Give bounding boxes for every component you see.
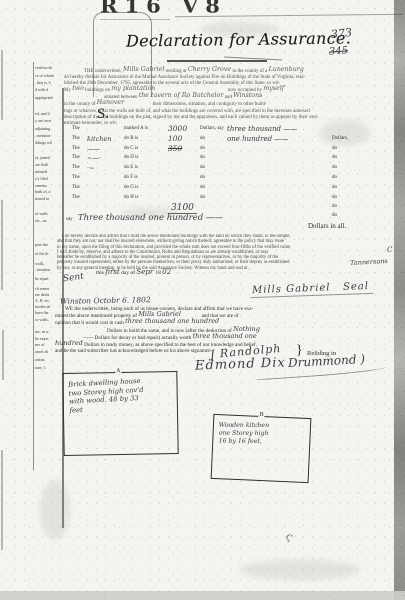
valuation-cell-the: The	[72, 175, 80, 180]
margin-fragment: adjoining	[35, 127, 62, 132]
valuation-cell-marked: do E is	[124, 165, 138, 170]
plat-box-a: A Brick dwelling housetwo Storey high co…	[62, 371, 178, 456]
margin-fragment: be equal	[35, 277, 62, 282]
paper-edge-left-mark	[1, 50, 3, 120]
paper-edge-left-mark	[2, 330, 4, 380]
stamp-mark: R16 V8	[100, 0, 227, 17]
county-field: Lunenburg	[269, 66, 304, 73]
valuation-cell-item: ~—·	[87, 154, 101, 162]
valuation-cell-right: do	[332, 146, 337, 151]
valuation-cell-say: do	[200, 175, 205, 180]
valuation-cell-say: do	[200, 165, 205, 170]
valuation-cell-value: 100	[168, 134, 182, 143]
margin-mark-c: C	[387, 246, 392, 254]
valuation-cell-marked: do B is	[124, 136, 138, 141]
fold-line-left	[33, 62, 34, 470]
left-ink-note: Sent	[62, 272, 84, 285]
plat-box-b: B Wooden kitchenone Storey high16 by 16 …	[211, 414, 312, 483]
ink-squiggle: ς	[284, 529, 294, 543]
date-mid: day of	[121, 270, 136, 276]
date-pre: this	[96, 270, 105, 276]
date-line: this first day of Sepr 18 02	[96, 268, 171, 276]
total-words-line: say Three thousand one hundred ——	[66, 213, 223, 223]
margin-fragment: A. B. etc.	[35, 299, 62, 304]
between-b-field: Winstons	[233, 92, 262, 99]
margin-fragment: verifica-de	[35, 66, 62, 71]
valuation-cell-right: do	[332, 185, 337, 190]
valuation-cell-marked: do D is	[124, 155, 138, 160]
valuation-cell-right: do	[332, 175, 337, 180]
valuation-cell-marked: do G is	[124, 185, 138, 190]
margin-fragment: built of, a	[35, 190, 62, 195]
margin-fragment: ; mention-	[35, 134, 62, 139]
margin-fragment: etc., no	[35, 219, 62, 224]
intro-line-tail: their dimensions, situation, and contigu…	[153, 102, 267, 107]
valuation-cell-value: 350	[168, 144, 182, 153]
valuation-cell-the: The	[72, 155, 80, 160]
valuation-row: The~—·do D isdodo	[64, 155, 374, 165]
valuation-cell-item: kitchen	[87, 135, 112, 143]
valuation-cell-right: do	[332, 165, 337, 170]
margin-fragment: d with d	[35, 88, 62, 93]
intro-mid: residing at	[166, 69, 187, 74]
valuation-cell-item: ·~	[87, 164, 95, 172]
appraisal-note: Winston Octobr 6. 1802	[60, 295, 151, 306]
valuation-cell-marked: do F is	[124, 175, 138, 180]
certificate-line: —— Dollars for decay or bad repair) actu…	[55, 334, 399, 341]
date-year-print: 18	[155, 270, 161, 276]
insured-name-field: Mills Gabriel	[123, 66, 164, 73]
margin-fragment: ememo	[35, 184, 62, 189]
valuation-cell-say: do	[200, 136, 205, 141]
cost-in-cash-field: three thousand one hundred	[125, 317, 219, 325]
intro-line: in the county of Hanover their dimension…	[64, 101, 396, 108]
margin-fragment: appropriate	[35, 96, 62, 101]
margin-fragment: are decla	[35, 293, 62, 298]
margin-fragment: ntioned	[35, 170, 62, 175]
paper-edge-bottom	[0, 591, 405, 600]
margin-fragment: y are own	[35, 119, 62, 124]
margin-fragment: uary 1.	[35, 366, 62, 371]
county2-label: in the county of	[64, 102, 96, 107]
buildings-count-field: two	[72, 85, 84, 92]
valuation-cell-say: do	[200, 185, 205, 190]
valuation-cell-the: The	[72, 126, 80, 131]
valuation-cell-the: The	[72, 195, 80, 200]
margin-fragment: are built	[35, 163, 62, 168]
valuation-cell-the: The	[72, 165, 80, 170]
valuation-cell-the: The	[72, 146, 80, 151]
valuation-cell-right: do	[332, 155, 337, 160]
occupant-field: myself	[263, 85, 284, 92]
intro-line: THE underwritten, Mills Gabriel residing…	[64, 68, 396, 75]
top-crease	[100, 19, 170, 20]
margin-fragment: ey joined	[35, 156, 62, 161]
valuation-row: Thedo G isdodo	[64, 185, 374, 195]
and-label: and	[225, 95, 232, 100]
valuation-cell-value: 3000	[168, 124, 187, 133]
document-title: Declaration for Assurance.	[126, 28, 351, 50]
cert-l5-pre: —— Dollars for decay or bad repair) actu…	[83, 335, 193, 341]
plat-line: 16 by 16 feet,	[219, 438, 306, 447]
paper-edge-left-mark	[1, 200, 3, 290]
total-suffix: Dollars in all.	[308, 222, 346, 230]
margin-fragment: ce or whose	[35, 74, 62, 79]
margin-fragment: ch renew	[35, 287, 62, 292]
title-flourish	[167, 60, 267, 62]
margin-fragment: tioned in	[35, 197, 62, 202]
margin-fragment: , that is, b	[35, 81, 62, 86]
stain	[40, 480, 70, 540]
stain	[240, 560, 360, 580]
actual-worth-field-2: hundred	[55, 339, 83, 347]
valuation-row: Thedo H isdodo	[64, 195, 374, 205]
valuation-table: Themarked A is3000Dollars, saythree thou…	[64, 126, 374, 242]
valuation-cell-marked: do C is	[124, 146, 138, 151]
ditto-mark: do	[332, 213, 337, 218]
valuation-cell-item: ——	[87, 145, 100, 153]
paper-edge-left-mark	[1, 450, 3, 550]
county2-field: Hanover	[97, 99, 124, 106]
date-month-field: Sepr	[136, 268, 155, 276]
plat-a-description: Brick dwelling housetwo Storey high cov'…	[63, 370, 178, 415]
date-day-field: first	[105, 268, 119, 276]
margin-fragment: ed, and li	[35, 112, 62, 117]
valuation-cell-right: Dollars,	[332, 136, 348, 141]
valuation-cell-marked: marked A is	[124, 126, 148, 131]
policy-number: 373	[330, 26, 352, 41]
valuation-row: The——do C is350dodo	[64, 146, 374, 156]
valuation-cell-words: three thousand ——	[227, 125, 297, 133]
valuation-cell-right: do	[332, 195, 337, 200]
insured-signature-name: Mills Gabriel	[252, 282, 331, 296]
margin-fragment: of walls	[35, 212, 62, 217]
margin-fragment: ration.	[35, 358, 62, 363]
margin-fragment: y's filed	[35, 177, 62, 182]
valuation-cell-the: The	[72, 185, 80, 190]
residence-field: Cherry Grove	[188, 66, 231, 73]
cert-l3-pre: opinion that it would cost in cash	[55, 320, 125, 326]
margin-fragment: ildings wh	[35, 141, 62, 146]
actual-worth-field: three thousand one	[193, 332, 257, 340]
scanned-declaration-page: verifica-dece or whose, that is, bd with…	[0, 0, 405, 600]
valuation-row: Thekitchendo B is100doone hundred ——Doll…	[64, 136, 374, 146]
say-label: say	[66, 217, 73, 222]
intro-post: in the county of a	[232, 69, 267, 74]
intro-line: My two buildings on my plantation now oc…	[64, 87, 396, 94]
buildings-pre: My	[64, 88, 71, 93]
certificate-line: opinion that it would cost in cash three…	[55, 319, 399, 326]
total-words: Three thousand one hundred ——	[78, 213, 223, 223]
between-a-field: the tavern of Ro Batchelor	[139, 92, 224, 99]
valuation-cell-say: do	[200, 195, 205, 200]
valuation-cell-the: The	[72, 136, 80, 141]
valuation-cell-say: do	[200, 155, 205, 160]
date-year-field: 02	[162, 268, 171, 276]
ditto-mark: do	[332, 204, 337, 209]
buildings-mid: buildings on	[85, 88, 110, 93]
valuation-cell-say: do	[200, 146, 205, 151]
plat-b-description: Wooden kitchenone Storey high16 by 16 fe…	[214, 417, 310, 447]
valuation-cell-marked: do H is	[124, 195, 138, 200]
valuation-cell-say: Dollars, say	[200, 126, 224, 131]
seal-word: Seal	[343, 281, 369, 293]
insured-signature: Mills Gabriel Seal	[250, 281, 373, 298]
valuation-cell-words: one hundred ——	[227, 135, 288, 143]
intro-paragraph: THE underwritten, Mills Gabriel residing…	[64, 68, 396, 127]
intro-pre: THE underwritten,	[84, 69, 122, 74]
valuation-row: Thedo F isdodo	[64, 175, 374, 185]
certificate-line: mined the above mentioned property of Mi…	[55, 312, 399, 319]
valuation-row: The·~do E isdodo	[64, 165, 374, 175]
declaration-paragraph: I do hereby declare and affirm that I ho…	[57, 234, 399, 271]
cancelled-number: 345	[329, 45, 349, 57]
